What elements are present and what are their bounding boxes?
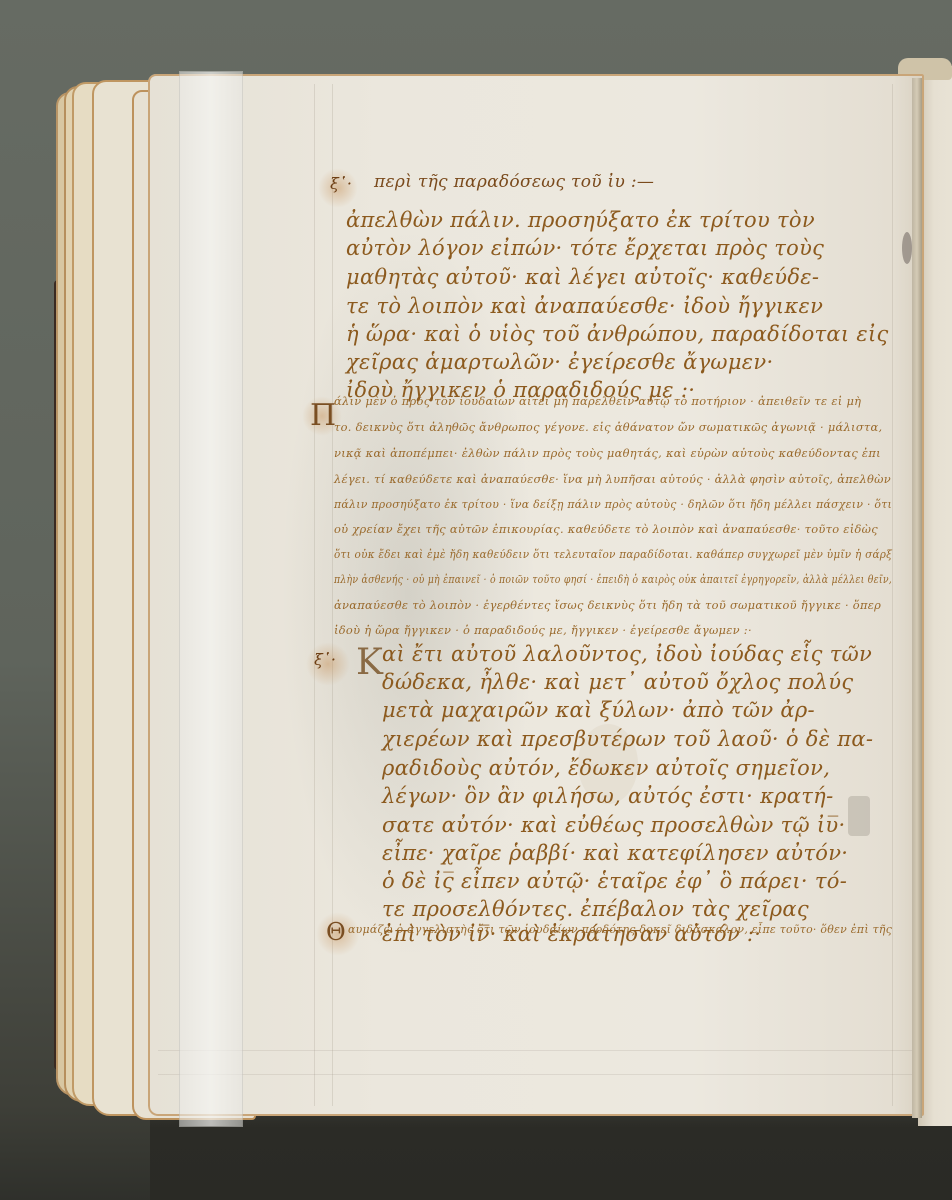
commentary-line: αυμάζω ὁ ἀγγελιστὴς ὅτι τῶν ἰουδαίων προ… <box>348 922 892 936</box>
commentary-line: λέγει. τί καθεύδετε καὶ ἀναπαύεσθε· ἵνα … <box>334 472 891 486</box>
archival-tape-strip <box>180 72 242 1126</box>
section-number: ξ῾· <box>314 650 336 669</box>
ruling-line <box>314 84 315 1106</box>
commentary-line: οὐ χρείαν ἔχει τῆς αὐτῶν ἐπικουρίας. καθ… <box>334 522 878 536</box>
gospel-line: μαθητὰς αὐτοῦ· καὶ λέγει αὐτοῖς· καθεύδε… <box>346 265 819 289</box>
manuscript-photo: ξ῾· περὶ τῆς παραδόσεως τοῦ ἰυ :— ἀπελθὼ… <box>0 0 952 1200</box>
gutter <box>912 78 922 1118</box>
commentary-line: ὅτι οὐκ ἔδει καὶ ἐμὲ ἤδη καθεύδειν ὅτι τ… <box>334 547 892 561</box>
gospel-line: ἡ ὥρα· καὶ ὁ υἱὸς τοῦ ἀνθρώπου, παραδίδο… <box>346 322 889 346</box>
commentary-line: πάλιν προσηύξατο ἐκ τρίτου · ἵνα δείξῃ π… <box>334 497 892 511</box>
ruling-line <box>892 84 893 1106</box>
gospel-line: αὐτὸν λόγον εἰπών· τότε ἔρχεται πρὸς τοὺ… <box>346 236 824 260</box>
gospel-line: ἀπελθὼν πάλιν. προσηύξατο ἐκ τρίτου τὸν <box>346 208 815 232</box>
gospel-line: χιερέων καὶ πρεσβυτέρων τοῦ λαοῦ· ὁ δὲ π… <box>382 727 873 751</box>
commentary-line: το. δεικνὺς ὅτι ἀληθῶς ἄνθρωπος γέγονε. … <box>334 420 882 434</box>
decorated-initial: Κ <box>356 642 383 683</box>
gospel-line: εἶπε· χαῖρε ῥαββί· καὶ κατεφίλησεν αὐτόν… <box>382 841 848 865</box>
ruling-line <box>158 1074 914 1075</box>
gospel-line: ὁ δὲ ἰς̅ εἶπεν αὐτῷ· ἑταῖρε ἐφ᾽ ὃ πάρει·… <box>382 869 847 893</box>
gospel-line: αὶ ἔτι αὐτοῦ λαλοῦντος, ἰδοὺ ἰούδας εἷς … <box>382 642 872 666</box>
section-number: ξ῾· <box>330 174 352 193</box>
commentary-line: πλὴν ἀσθενής · οὐ μὴ ἐπαινεῖ · ὁ ποιῶν τ… <box>334 572 892 586</box>
commentary-line: νικᾷ καὶ ἀποπέμπει· ἐλθὼν πάλιν πρὸς τοὺ… <box>334 446 881 460</box>
gospel-line: σατε αὐτόν· καὶ εὐθέως προσελθὼν τῷ ἰυ̅· <box>382 813 845 837</box>
gospel-line: τε τὸ λοιπὸν καὶ ἀναπαύεσθε· ἰδοὺ ἤγγικε… <box>346 294 823 318</box>
ruling-line <box>158 1050 914 1051</box>
gospel-line: μετὰ μαχαιρῶν καὶ ξύλων· ἀπὸ τῶν ἀρ- <box>382 698 815 722</box>
decorated-initial: Π <box>310 398 336 433</box>
stain <box>902 232 912 264</box>
gospel-line: λέγων· ὃν ἂν φιλήσω, αὐτός ἐστι· κρατή- <box>382 784 833 808</box>
gospel-line: δώδεκα, ἦλθε· καὶ μετ᾽ αὐτοῦ ὄχλος πολύς <box>382 670 853 694</box>
gospel-line: τε προσελθόντες. ἐπέβαλον τὰς χεῖρας <box>382 897 809 921</box>
gospel-line: ραδιδοὺς αὐτόν, ἔδωκεν αὐτοῖς σημεῖον, <box>382 756 830 780</box>
stain <box>848 796 870 836</box>
gospel-line: χεῖρας ἁμαρτωλῶν· ἐγείρεσθε ἄγωμεν· <box>346 350 773 374</box>
section-heading: περὶ τῆς παραδόσεως τοῦ ἰυ :— <box>374 172 654 192</box>
commentary-line: ἰδοὺ ἡ ὥρα ἤγγικεν · ὁ παραδιδούς με, ἤγ… <box>334 623 752 637</box>
decorated-initial: Θ <box>326 918 346 946</box>
commentary-line: ἀναπαύεσθε τὸ λοιπὸν · ἐγερθέντες ἴσως δ… <box>334 598 881 612</box>
commentary-line: άλιν μὲν ὁ πρὸς τὸν ἰουδαίων αἰτεῖ μὴ πα… <box>334 394 861 408</box>
